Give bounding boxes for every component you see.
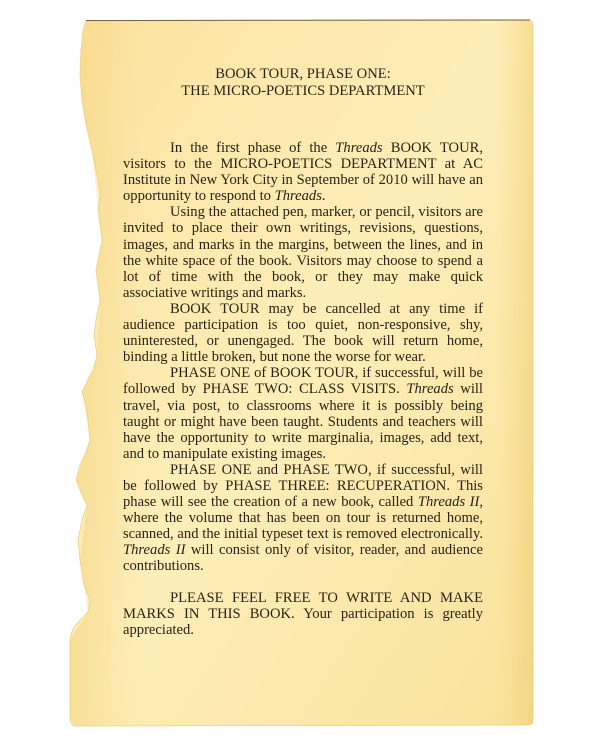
paragraph: PHASE ONE and PHASE TWO, if successful, … — [123, 462, 483, 575]
scanned-book-page: BOOK TOUR, PHASE ONE: THE MICRO-POETICS … — [0, 0, 604, 754]
italic-title-text: Threads — [406, 381, 453, 397]
closing-paragraph: PLEASE FEEL FREE TO WRITE AND MAKE MARKS… — [123, 590, 483, 638]
italic-title-text: Threads II — [123, 542, 185, 558]
text-run: In the first phase of the — [170, 140, 335, 156]
paragraph: BOOK TOUR may be cancelled at any time i… — [123, 301, 483, 365]
italic-title-text: Threads II — [418, 494, 480, 510]
title-line-2: THE MICRO-POETICS DEPARTMENT — [123, 83, 483, 100]
paragraph: PHASE ONE of BOOK TOUR, if successful, w… — [123, 365, 483, 462]
text-run: BOOK TOUR may be cancelled at any time i… — [123, 301, 483, 365]
body-text: In the first phase of the Threads BOOK T… — [123, 140, 483, 638]
text-run: Using the attached pen, marker, or penci… — [123, 204, 483, 300]
paragraph: In the first phase of the Threads BOOK T… — [123, 140, 483, 204]
italic-title-text: Threads — [335, 140, 382, 156]
title-line-1: BOOK TOUR, PHASE ONE: — [123, 66, 483, 83]
top-edge-shadow — [86, 20, 530, 21]
italic-title-text: Threads — [275, 188, 322, 204]
page-title: BOOK TOUR, PHASE ONE: THE MICRO-POETICS … — [123, 66, 483, 100]
text-run: . — [322, 188, 326, 204]
page-text: BOOK TOUR, PHASE ONE: THE MICRO-POETICS … — [123, 66, 483, 652]
paragraph: Using the attached pen, marker, or penci… — [123, 204, 483, 301]
